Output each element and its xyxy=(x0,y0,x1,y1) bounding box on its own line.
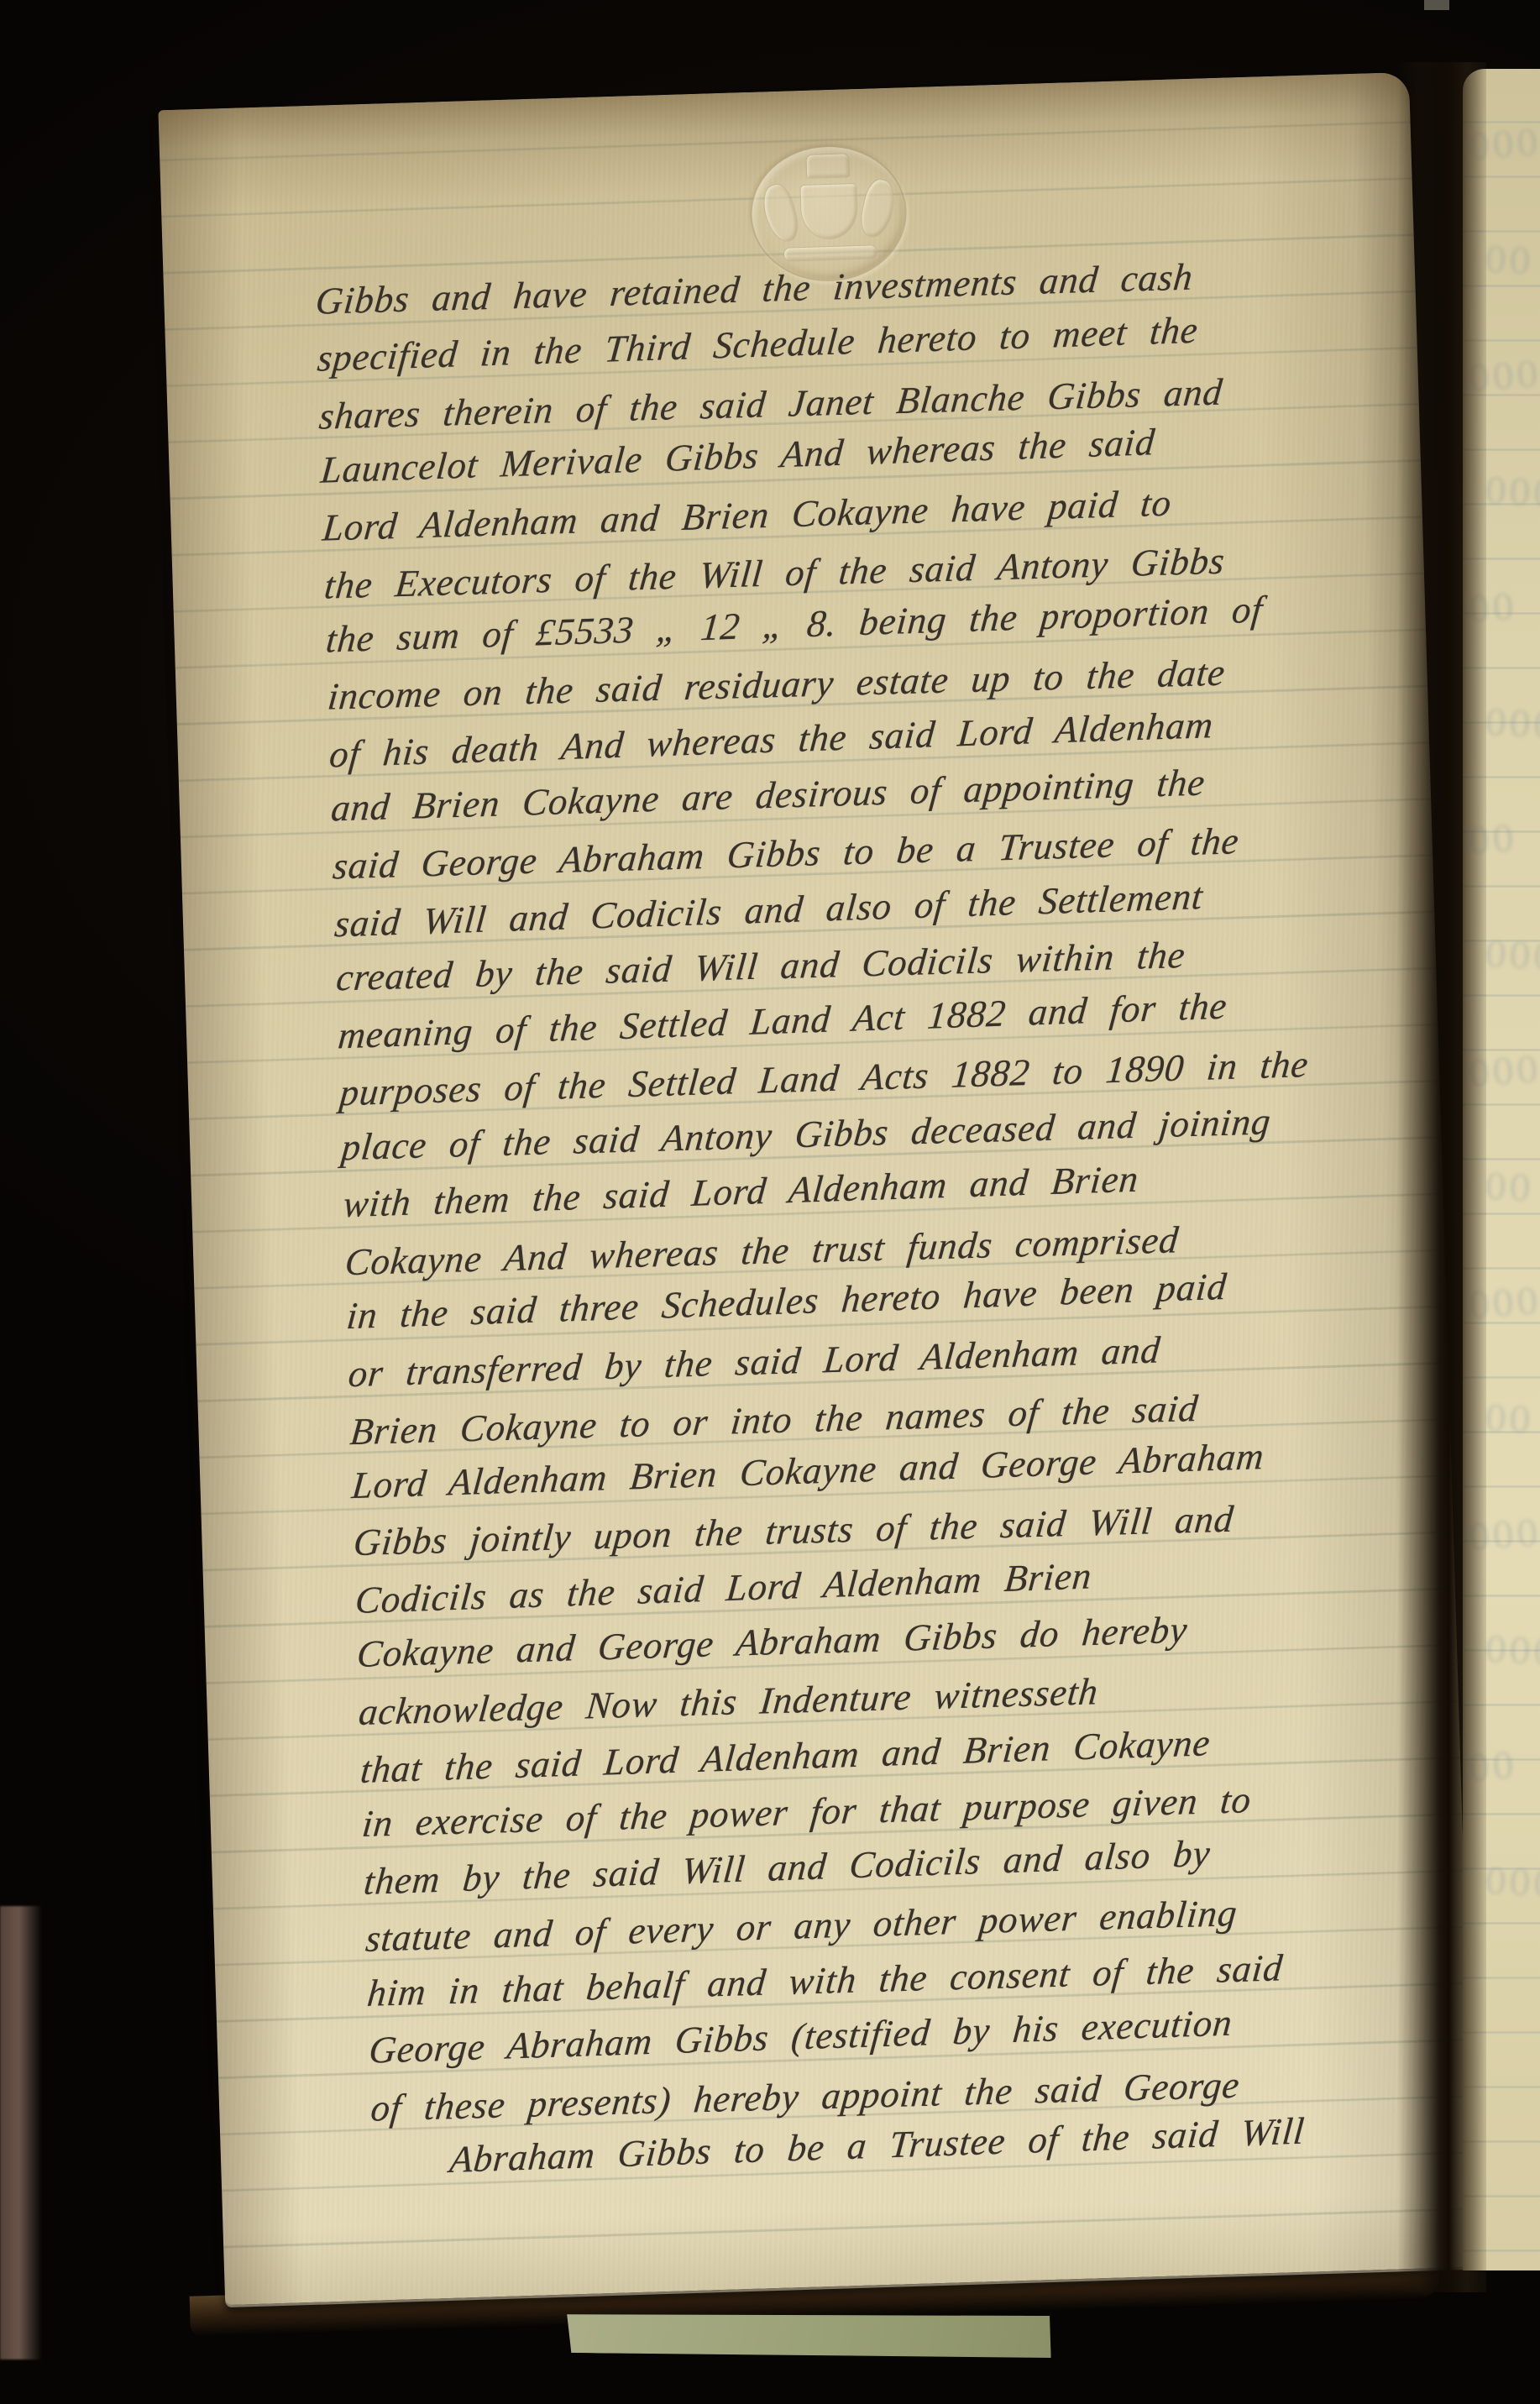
showthrough-mark: 000 xyxy=(1484,1861,1540,1905)
showthrough-mark: 00 xyxy=(1484,1166,1534,1210)
handwritten-line: Gibbs jointly upon the trusts of the sai… xyxy=(352,1495,1236,1567)
showthrough-mark: 000 xyxy=(1484,470,1540,515)
handwritten-line: or transferred by the said Lord Aldenham… xyxy=(347,1326,1163,1397)
photo-artifact xyxy=(1424,0,1449,10)
showthrough-mark: 00 xyxy=(1484,1398,1534,1442)
bookmark-tab xyxy=(564,2309,1052,2359)
ledger-page: Gibbs and have retained the investments … xyxy=(158,72,1475,2305)
book-cover-sliver xyxy=(0,1906,42,2359)
crest-scroll-icon xyxy=(783,244,877,261)
crest-shield-icon xyxy=(799,183,858,240)
handwritten-line: Lord Aldenham and Brien Cokayne have pai… xyxy=(321,479,1174,551)
gutter-shadow xyxy=(1397,62,1486,2292)
showthrough-mark: 00 xyxy=(1484,239,1534,283)
book-photograph: Gibbs and have retained the investments … xyxy=(0,0,1540,2404)
crest-crown-icon xyxy=(805,153,850,179)
handwritten-text-block: Gibbs and have retained the investments … xyxy=(158,72,1408,111)
crest-right-supporter-icon xyxy=(856,176,898,240)
showthrough-mark: 000 xyxy=(1484,934,1540,978)
showthrough-mark: 000 xyxy=(1484,1629,1540,1673)
crest-left-supporter-icon xyxy=(758,181,804,245)
showthrough-mark: 000 xyxy=(1484,702,1540,746)
